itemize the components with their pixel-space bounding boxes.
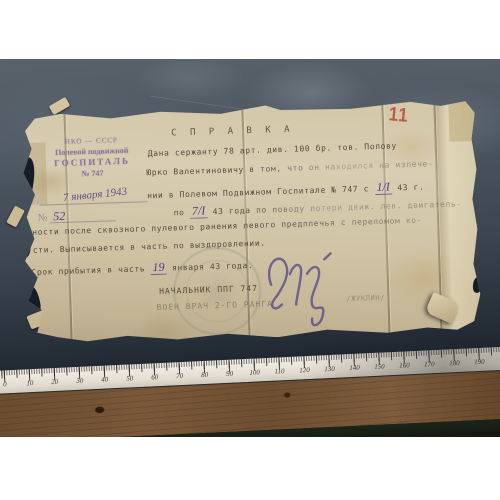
typed-segment: по — [174, 208, 185, 217]
typed-line: Юрко Валентиновичу в том, что он находил… — [146, 159, 433, 177]
ruler-number: 50 — [117, 374, 142, 383]
ruler-number: 10 — [17, 379, 42, 388]
ruler-number: 140 — [342, 363, 367, 372]
table-edge: 0 10 20 30 40 50 60 70 80 90 100 110 120… — [0, 346, 500, 437]
document-title: С П Р А В К А — [171, 125, 294, 139]
ruler-number: 160 — [392, 361, 417, 370]
ruler-number: 30 — [67, 376, 92, 385]
stamp-line: № 747 — [26, 167, 158, 180]
typed-segment: 43 г. — [397, 183, 424, 193]
ruler-number: 40 — [92, 375, 117, 384]
ruler-number: 110 — [267, 367, 292, 376]
typed-segment: нии в Полевом Подвижном Госпитале № 747 … — [147, 184, 369, 200]
handwritten-entry: 1/I — [374, 180, 392, 196]
ink-signature — [252, 237, 356, 343]
ruler-number: 130 — [317, 364, 342, 373]
photo-of-document: НКО — СССР Полевой подвижной ГОСПИТАЛЬ №… — [0, 59, 500, 437]
handwritten-entry: 19 — [150, 260, 166, 275]
ruler-number: 170 — [417, 360, 442, 369]
scanned-photo-page: НКО — СССР Полевой подвижной ГОСПИТАЛЬ №… — [0, 0, 500, 500]
ruler-number: 70 — [167, 372, 192, 381]
number-label: № — [38, 212, 48, 223]
handwritten-entry: 7/I — [190, 203, 208, 219]
ruler-number: 180 — [442, 359, 467, 368]
red-page-mark: 11 — [388, 103, 410, 128]
document-paper: НКО — СССР Полевой подвижной ГОСПИТАЛЬ №… — [20, 99, 481, 345]
ruler-number: 100 — [242, 368, 267, 377]
hospital-corner-stamp: НКО — СССР Полевой подвижной ГОСПИТАЛЬ №… — [25, 135, 158, 180]
ruler-number: 60 — [142, 373, 167, 382]
ruler-number: 0 — [0, 380, 18, 389]
torn-paper-fragment — [49, 97, 70, 115]
ruler-number: 190 — [467, 357, 492, 366]
ruler-number: 20 — [42, 377, 67, 386]
edge-tear — [20, 231, 31, 257]
ruler-number: 150 — [367, 362, 392, 371]
ruler-number: 80 — [192, 370, 217, 379]
typed-segment: Срок прибытия в часть — [31, 264, 145, 277]
ruler-number: 120 — [292, 366, 317, 375]
tape-piece — [448, 99, 475, 142]
edge-tear — [472, 276, 483, 293]
typed-line: Дана сержанту 78 арт. див. 100 бр. тов. … — [148, 141, 397, 158]
typed-segment: 43 года по поводу потери движ. лев. двиг… — [213, 199, 462, 216]
ruler-number: 90 — [217, 369, 242, 378]
torn-paper-fragment — [6, 206, 25, 228]
